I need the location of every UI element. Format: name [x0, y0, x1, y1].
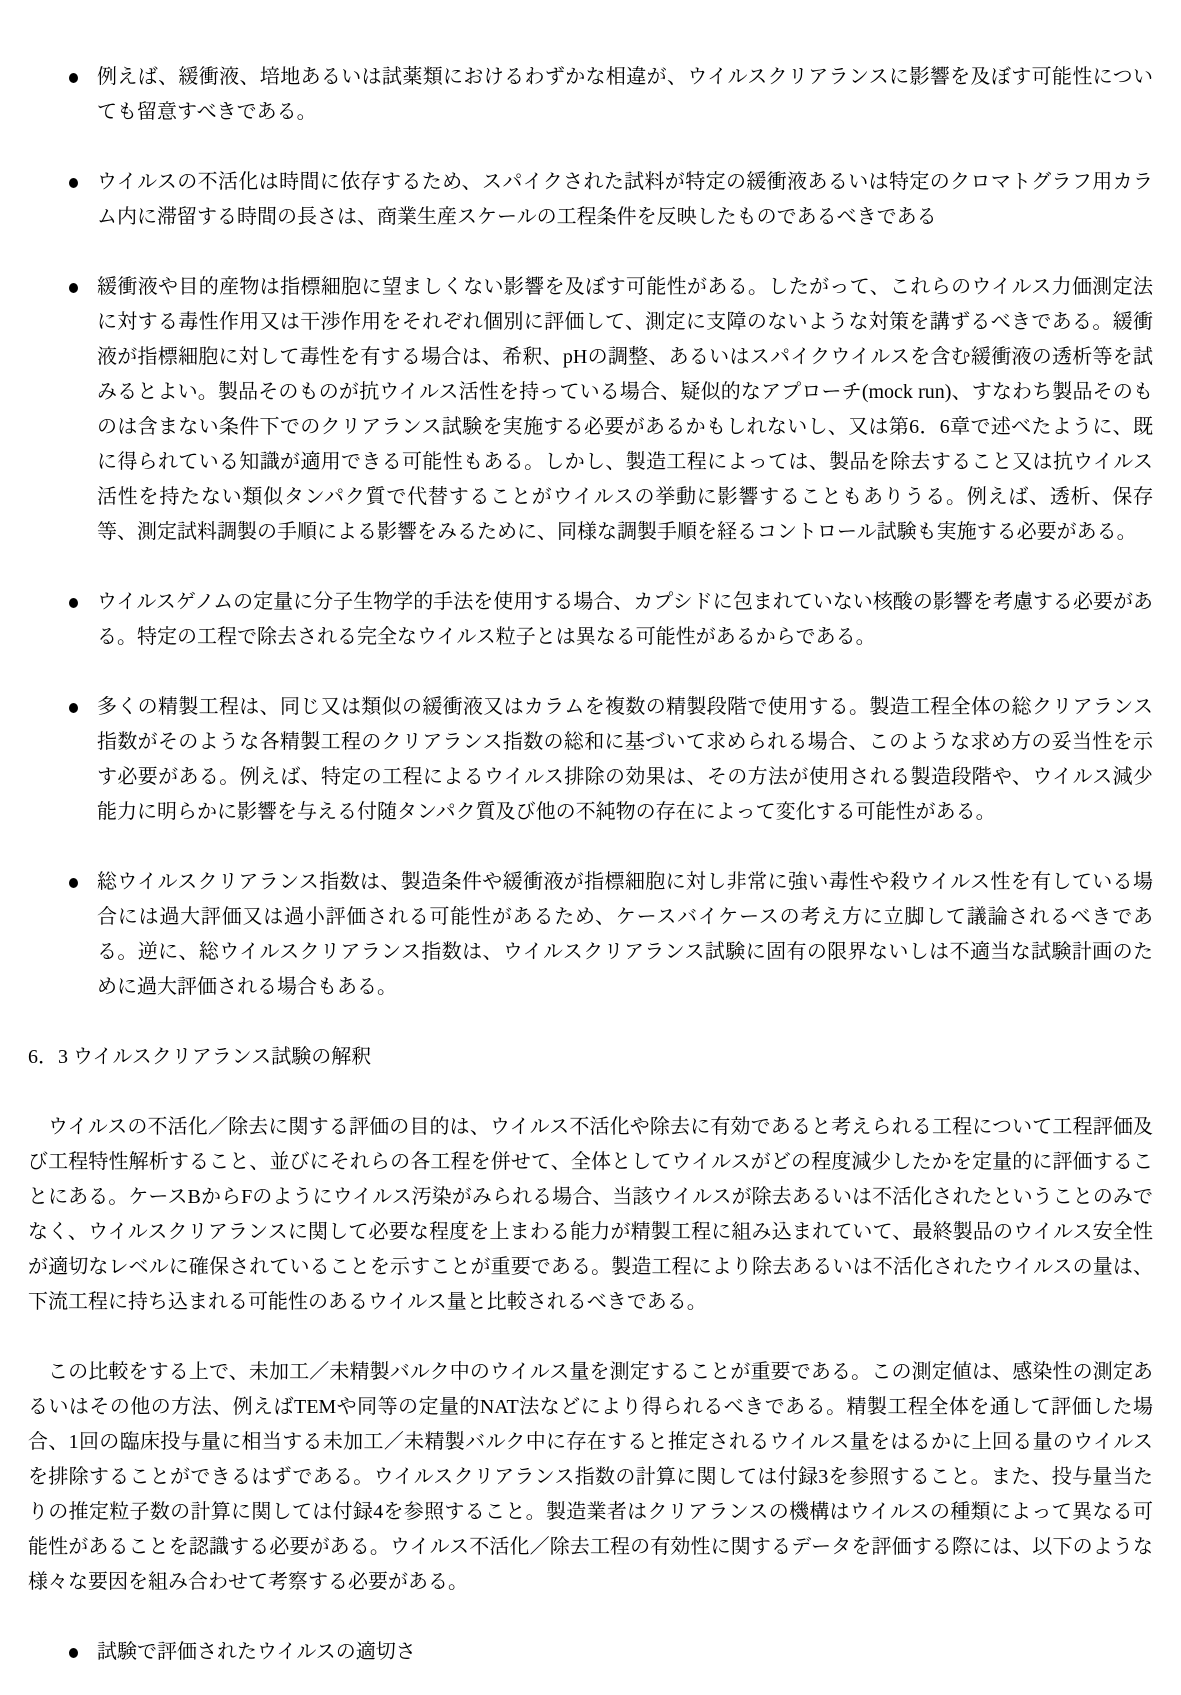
bullet-icon [69, 703, 78, 713]
bullet-text: 例えば、緩衝液、培地あるいは試薬類におけるわずかな相違が、ウイルスクリアランスに… [97, 66, 1153, 123]
bullet-text: 緩衝液や目的産物は指標細胞に望ましくない影響を及ぼす可能性がある。したがって、こ… [97, 276, 1153, 543]
bullet-text: 総ウイルスクリアランス指数は、製造条件や緩衝液が指標細胞に対し非常に強い毒性や殺… [97, 871, 1153, 998]
bullet-icon [69, 598, 78, 608]
body-paragraph: ウイルスの不活化／除去に関する評価の目的は、ウイルス不活化や除去に有効であると考… [28, 1110, 1153, 1320]
bullet-icon [69, 73, 78, 83]
bullet-item: 多くの精製工程は、同じ又は類似の緩衝液又はカラムを複数の精製段階で使用する。製造… [28, 690, 1153, 830]
bullet-icon [69, 178, 78, 188]
document-page: 例えば、緩衝液、培地あるいは試薬類におけるわずかな相違が、ウイルスクリアランスに… [0, 0, 1181, 1695]
bullet-item: 緩衝液や目的産物は指標細胞に望ましくない影響を及ぼす可能性がある。したがって、こ… [28, 270, 1153, 550]
body-paragraph: この比較をする上で、未加工／未精製バルク中のウイルス量を測定することが重要である… [28, 1355, 1153, 1600]
bullet-item: 総ウイルスクリアランス指数は、製造条件や緩衝液が指標細胞に対し非常に強い毒性や殺… [28, 865, 1153, 1005]
bullet-item: 例えば、緩衝液、培地あるいは試薬類におけるわずかな相違が、ウイルスクリアランスに… [28, 60, 1153, 130]
bullet-text: ウイルスの不活化は時間に依存するため、スパイクされた試料が特定の緩衝液あるいは特… [97, 171, 1153, 228]
bullet-icon [69, 283, 78, 293]
bullet-item: 試験で評価されたウイルスの適切さ [28, 1635, 1153, 1670]
section-heading: 6．3 ウイルスクリアランス試験の解釈 [28, 1040, 1153, 1075]
bullet-icon [69, 878, 78, 888]
bullet-icon [69, 1648, 78, 1658]
bullet-item: ウイルスゲノムの定量に分子生物学的手法を使用する場合、カプシドに包まれていない核… [28, 585, 1153, 655]
bullet-text: 多くの精製工程は、同じ又は類似の緩衝液又はカラムを複数の精製段階で使用する。製造… [97, 696, 1153, 823]
bullet-text: ウイルスゲノムの定量に分子生物学的手法を使用する場合、カプシドに包まれていない核… [97, 591, 1153, 648]
bullet-item: ウイルスの不活化は時間に依存するため、スパイクされた試料が特定の緩衝液あるいは特… [28, 165, 1153, 235]
bullet-text: 試験で評価されたウイルスの適切さ [97, 1641, 416, 1663]
